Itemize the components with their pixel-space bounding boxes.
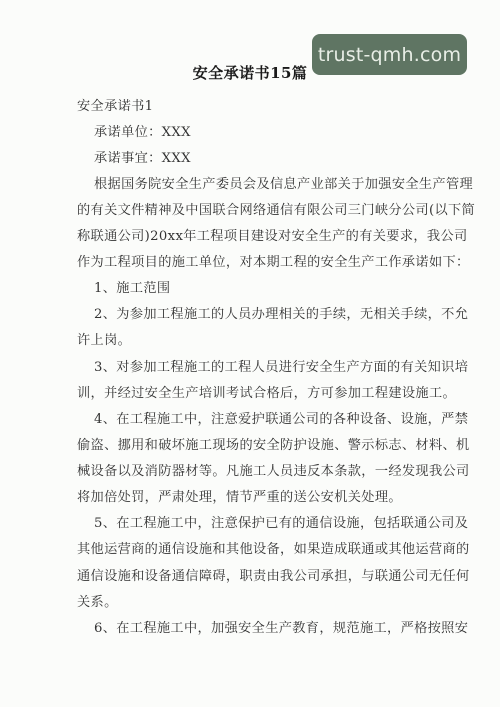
list-item-continuation: 许上岗。: [77, 329, 131, 348]
paragraph-line: 称联通公司)20xx年工程项目建设对安全生产的有关要求，我公司: [77, 225, 468, 244]
watermark-badge: trust-qmh.com: [312, 34, 467, 75]
list-item: 5、在工程施工中，注意保护已有的通信设施，包括联通公司及: [94, 512, 468, 531]
list-item: 4、在工程施工中，注意爱护联通公司的各种设备、设施，严禁: [94, 408, 468, 427]
list-item-continuation: 关系。: [77, 591, 118, 610]
paragraph-line: 根据国务院安全生产委员会及信息产业部关于加强安全生产管理: [94, 173, 473, 192]
list-item-continuation: 械设备以及消防器材等。凡施工人员违反本条款，一经发现我公司: [77, 460, 470, 479]
document-page: 安全承诺书15篇 安全承诺书1 承诺单位：XXX 承诺事宜：XXX 根据国务院安…: [0, 0, 500, 707]
paragraph-line: 承诺事宜：XXX: [94, 147, 191, 166]
list-item: 3、对参加工程施工的工程人员进行安全生产方面的有关知识培: [94, 356, 468, 375]
section-heading: 安全承诺书1: [77, 95, 153, 114]
list-item: 6、在工程施工中，加强安全生产教育，规范施工，严格按照安: [94, 617, 468, 636]
paragraph-line: 承诺单位：XXX: [94, 121, 191, 140]
list-item-continuation: 偷盗、挪用和破坏施工现场的安全防护设施、警示标志、材料、机: [77, 434, 470, 453]
list-item: 2、为参加工程施工的人员办理相关的手续，无相关手续，不允: [94, 303, 468, 322]
list-item-continuation: 将加倍处罚，严肃处理，情节严重的送公安机关处理。: [77, 486, 402, 505]
list-item-heading: 1、施工范围: [94, 277, 170, 296]
paragraph-line: 作为工程项目的施工单位，对本期工程的安全生产工作承诺如下：: [77, 251, 470, 270]
paragraph-line: 的有关文件精神及中国联合网络通信有限公司三门峡分公司(以下简: [77, 199, 475, 218]
list-item-continuation: 其他运营商的通信设施和其他设备，如果造成联通或其他运营商的: [77, 538, 470, 557]
list-item-continuation: 训，并经过安全生产培训考试合格后，方可参加工程建设施工。: [77, 382, 456, 401]
list-item-continuation: 通信设施和设备通信障碍，职责由我公司承担，与联通公司无任何: [77, 565, 470, 584]
